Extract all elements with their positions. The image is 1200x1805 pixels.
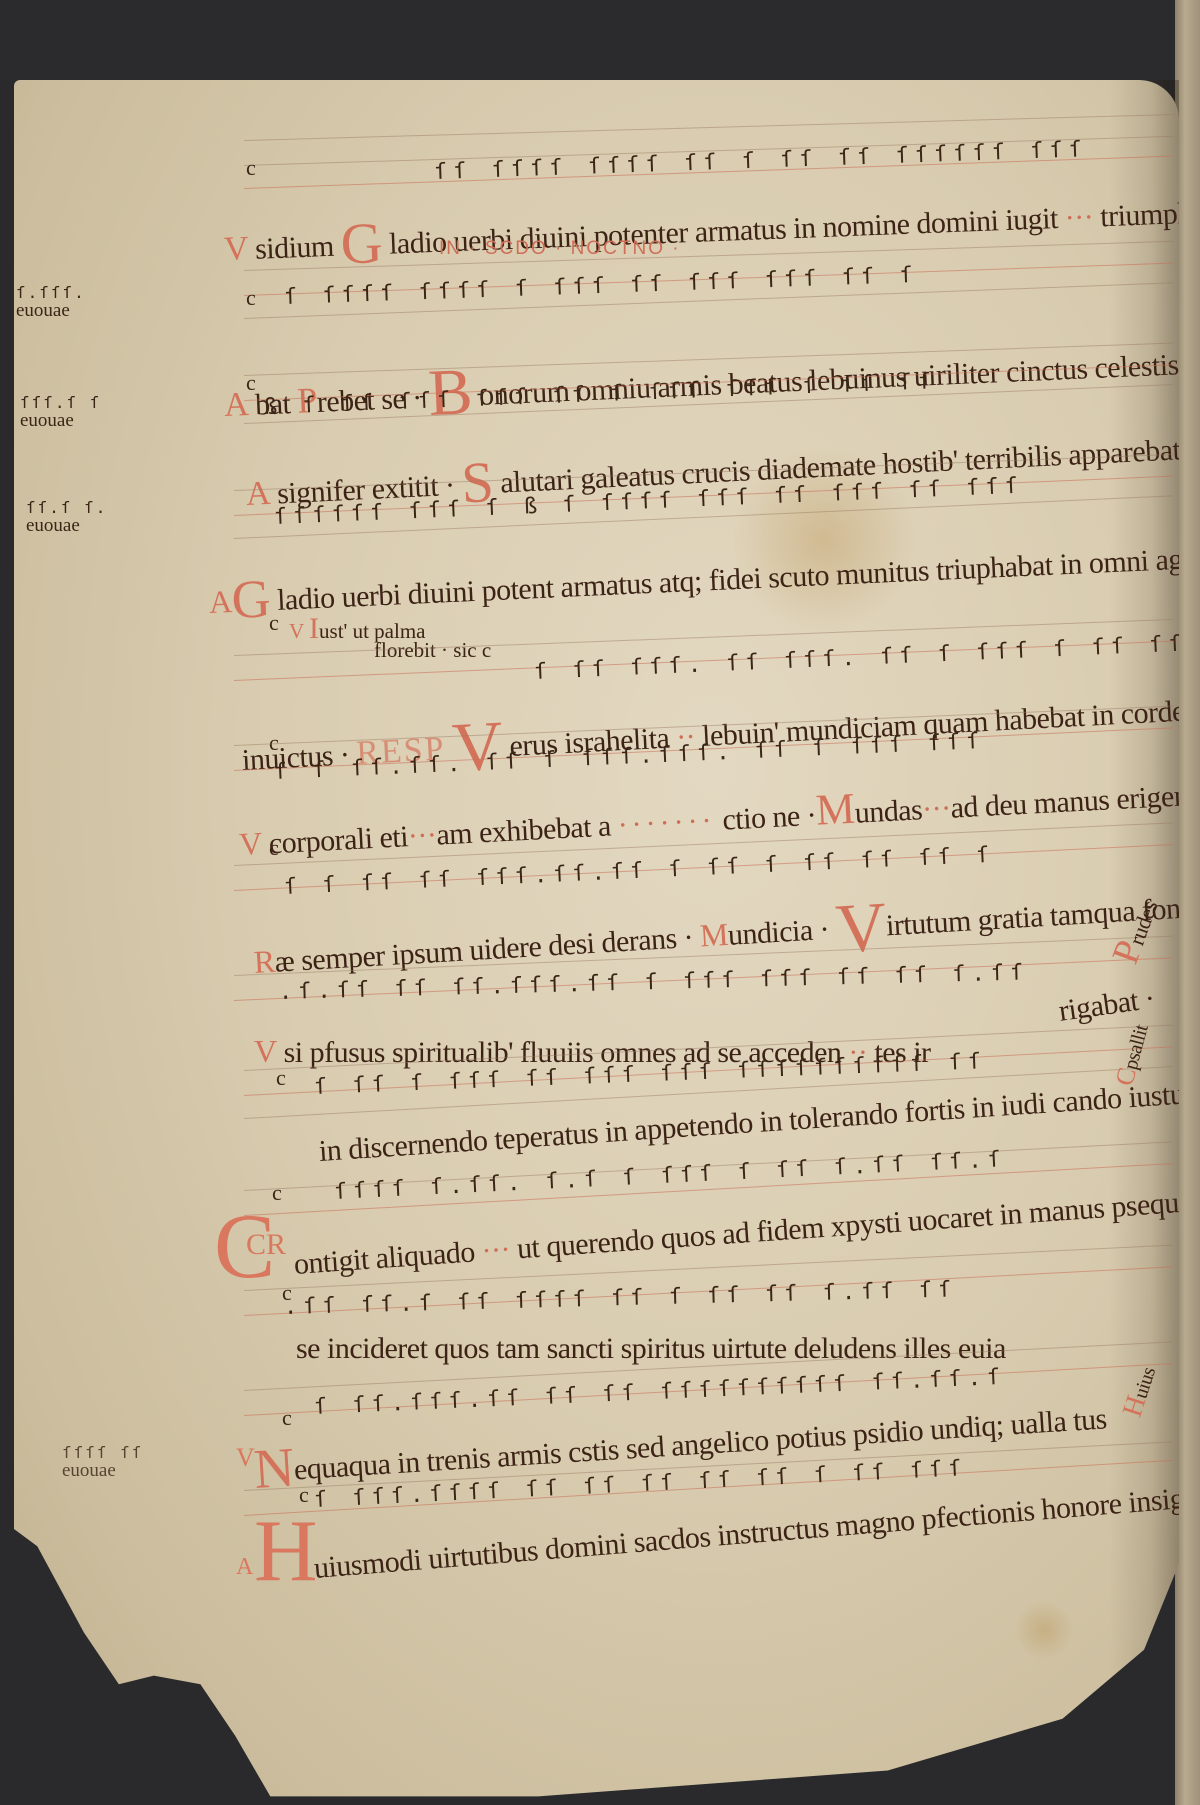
- manuscript-page: ſ.ſſſ. euouae ſſſ.ſ ſ euouae ſſ.ſ ſ. euo…: [14, 80, 1179, 1805]
- margin-label: euouae: [16, 300, 70, 321]
- continuation-dots: ···: [1064, 201, 1094, 235]
- text-segment: corporali eti: [268, 820, 409, 860]
- text-segment: ladio uerbi diuini potent armatus atq; f…: [276, 540, 1200, 617]
- text-segment: ctio ne ·: [722, 799, 817, 837]
- versicle-cue: florebit · sic c: [374, 638, 491, 663]
- text-segment: ontigit aliquado: [293, 1235, 476, 1281]
- chant-text-line: se incideret quos tam sancti spiritus ui…: [296, 1332, 1006, 1366]
- margin-label: euouae: [62, 1460, 116, 1481]
- margin-label: euouae: [26, 515, 80, 536]
- margin-neumes: ſſſ.ſ ſ: [20, 395, 101, 411]
- continuation-dots: ···: [921, 792, 951, 826]
- decorated-initial: V: [834, 889, 889, 969]
- rubric-initial: I: [309, 612, 319, 645]
- margin-neumes: ſſ.ſ ſ.: [26, 500, 107, 516]
- margin-note-euouae: ſſ.ſ ſ. euouae: [26, 500, 107, 535]
- text-segment: undas: [854, 793, 923, 829]
- continuation-dots: ·······: [617, 804, 717, 842]
- margin-note-euouae: ſſſ.ſ ſ euouae: [20, 395, 101, 430]
- text-segment: se incideret quos tam sancti spiritus ui…: [296, 1332, 1006, 1365]
- rubric-versicle: V: [289, 619, 304, 643]
- margin-note-euouae: ſ.ſſſ. euouae: [16, 285, 86, 320]
- margin-note-euouae: ſſſſ ſſ euouae: [62, 1445, 143, 1480]
- rubric-antiphon: A: [208, 583, 232, 620]
- rubric-initial: M: [699, 916, 729, 954]
- decorated-initial: M: [815, 784, 856, 835]
- water-stain: [1014, 1600, 1074, 1660]
- rubric-versicle: V: [238, 825, 262, 862]
- text-segment: am exhibebat a: [436, 810, 612, 852]
- margin-neumes: ſſſſ ſſ: [62, 1445, 143, 1461]
- neumes: ſſ ſſſſ ſſſſ ſſ ſ ſſ ſſ ſſſſſſ ſſſ: [434, 137, 1089, 185]
- text-segment: undicia ·: [727, 913, 830, 952]
- rubric-antiphon: A: [245, 475, 271, 513]
- text-segment: sidium: [254, 230, 334, 266]
- rubric-antiphon: A: [236, 1555, 253, 1579]
- rubric-versicle: V: [254, 1033, 277, 1069]
- scan-background-top: [0, 0, 1200, 80]
- repair-patch: [143, 1729, 203, 1772]
- decorated-initial: G: [230, 568, 271, 630]
- continuation-dots: ···: [480, 1233, 511, 1268]
- rubric-responsory: CR: [246, 1230, 286, 1260]
- decorated-initial: H: [254, 1508, 318, 1596]
- rubric-versicle: V: [223, 230, 248, 268]
- margin-label: euouae: [20, 410, 74, 431]
- continuation-dots: ···: [407, 819, 437, 853]
- margin-neumes: ſ.ſſſ.: [16, 285, 86, 301]
- decorated-initial: N: [252, 1437, 296, 1501]
